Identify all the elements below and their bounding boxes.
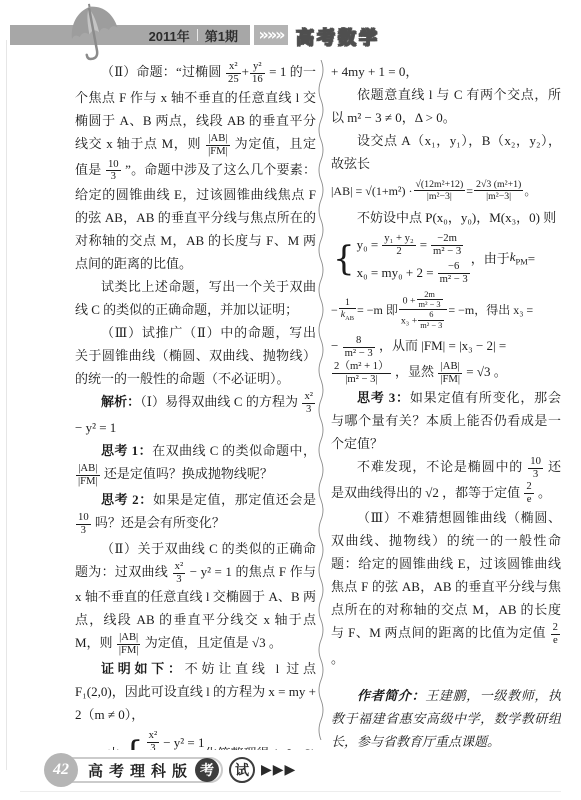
fraction: y²16 bbox=[249, 61, 266, 86]
numerator: |AB| bbox=[117, 632, 141, 645]
denominator: 16 bbox=[250, 74, 265, 86]
fraction: x²3 bbox=[172, 561, 187, 586]
discovery-paragraph: 不难发现，不论是椭圆中的 103 还是双曲线得出的 √2 ，都等于定值 2e 。 bbox=[331, 455, 561, 507]
numerator: 2 bbox=[524, 481, 533, 494]
triple-play-arrow-icon: ▶▶▶ bbox=[261, 762, 296, 778]
fraction: 6m² − 3 bbox=[417, 310, 445, 330]
numerator: 2m bbox=[417, 290, 443, 300]
fraction: √(12m²+12)|m²−3| bbox=[413, 179, 467, 202]
proof-start-paragraph: 证明如下：不妨让直线 l 过点 F₁(2,0)，因此可设直线 l 的方程为 x … bbox=[75, 657, 316, 726]
fraction: 103 bbox=[527, 456, 544, 481]
text-run: 。 bbox=[535, 485, 551, 500]
equation-system: x²3− y² = 1 x = my + 2 bbox=[146, 730, 205, 750]
text-run: 还是定值吗？换成抛物线呢？ bbox=[101, 466, 273, 481]
denominator: 3 bbox=[147, 743, 160, 750]
denominator: x₃ +6m² − 3 bbox=[399, 310, 447, 330]
fraction: 8m² − 3 bbox=[342, 335, 376, 360]
text-run: + bbox=[242, 64, 249, 79]
system-brace: { bbox=[333, 245, 355, 274]
shi-badge: 试 bbox=[229, 757, 255, 783]
fraction: |AB||FM| bbox=[75, 463, 101, 488]
page-footer: 42 高考理科版 考 试 ▶▶▶ bbox=[44, 753, 296, 787]
numerator: 10 bbox=[106, 159, 121, 172]
fraction: 103 bbox=[105, 159, 122, 184]
denominator: |FM| bbox=[438, 374, 462, 386]
denominator: |FM| bbox=[117, 645, 141, 657]
text-run: 设交点 A（x₁，y₁），B（x₂，y₂），故弦长 bbox=[331, 133, 561, 171]
numerator: y₁ + y₂ bbox=[382, 233, 415, 246]
text-run: （Ⅲ）不难猜想圆锥曲线（椭圆、双曲线、抛物线）的统一的一般性命题：给定的圆锥曲线… bbox=[331, 510, 561, 640]
fm-distance-paragraph: − 8m² − 3 ，从而 |FM| = |x₃ − 2| = bbox=[331, 334, 561, 360]
paragraph-lead: 证明如下： bbox=[101, 661, 185, 676]
journal-logo: 高考数学 bbox=[296, 24, 380, 50]
header-bar: 2011年 第1期 bbox=[10, 25, 250, 45]
chord-length-equation: |AB| = √(1+m²) · √(12m²+12)|m²−3| = 2√3 … bbox=[331, 179, 561, 202]
text-run: x₀ = my₀ + 2 = bbox=[357, 263, 434, 283]
text-run: y₀ = bbox=[357, 235, 379, 255]
thinking-2-paragraph: 思考 2：如果是定值，那定值还会是 103 吗？还是会有所变化？ bbox=[75, 488, 316, 537]
fraction: 2（m² + 1）|m² − 3| bbox=[331, 361, 392, 386]
numerator: x² bbox=[302, 391, 315, 404]
text-run: 为定值，且定值是 √3 。 bbox=[141, 635, 281, 650]
text-run: 化简整理得 (m² − 3)y² bbox=[205, 744, 317, 750]
text-run: ，从而 |FM| = |x₃ − 2| = bbox=[376, 338, 506, 353]
fraction: x²3 bbox=[146, 730, 161, 750]
numerator: x² bbox=[173, 561, 186, 574]
text-run: = √3 。 bbox=[463, 364, 507, 379]
denominator: e bbox=[551, 635, 560, 647]
text-run: 。 bbox=[524, 181, 536, 201]
page-number-badge: 42 bbox=[44, 753, 78, 787]
text-run: 试类比上述命题，写出一个关于双曲线 C 的类似的正确命题，并加以证明； bbox=[75, 279, 316, 317]
numerator: 10 bbox=[76, 512, 91, 525]
fraction: x²3 bbox=[301, 391, 316, 416]
two-intersections-paragraph: 依题意直线 l 与 C 有两个交点，所以 m² − 3 ≠ 0，Δ > 0。 bbox=[331, 83, 561, 129]
numerator: y² bbox=[250, 61, 265, 74]
text-run: 吗？还是会有所变化？ bbox=[92, 515, 225, 530]
denominator: e bbox=[524, 494, 533, 506]
denominator: |m²−3| bbox=[474, 191, 523, 202]
subscript-PM: PM bbox=[516, 257, 528, 267]
text-run: （Ⅱ）命题：“过椭圆 bbox=[101, 64, 225, 79]
denominator: |m²−3| bbox=[414, 191, 466, 202]
numerator: √(12m²+12) bbox=[414, 179, 466, 191]
text-run: 0 + bbox=[403, 295, 416, 306]
denominator: |FM| bbox=[76, 476, 100, 488]
subscript-AB: AB bbox=[345, 315, 354, 322]
system-equation-line: 由 { x²3− y² = 1 x = my + 2 化简整理得 (m² − 3… bbox=[75, 730, 316, 750]
general-proposition-paragraph: （Ⅲ）不难猜想圆锥曲线（椭圆、双曲线、抛物线）的统一的一般性命题：给定的圆锥曲线… bbox=[331, 506, 561, 670]
text-run: （Ⅲ）试推广（Ⅱ）中的命题，写出关于圆锥曲线（椭圆、双曲线、抛物线）的统一的一般… bbox=[75, 325, 316, 386]
denominator: 3 bbox=[106, 171, 121, 183]
paragraph-lead: 解析： bbox=[101, 394, 140, 409]
midpoint-system-equation: { y₀ =y₁ + y₂2=−2mm² − 3 x₀ = my₀ + 2 =−… bbox=[331, 233, 561, 286]
slope-equation: − 1kAB = −m 即 0 +2mm² − 3 x₃ +6m² − 3 = … bbox=[331, 290, 561, 330]
paragraph-lead: 作者简介： bbox=[357, 688, 425, 703]
umbrella-icon bbox=[66, 2, 126, 64]
fraction: |AB||FM| bbox=[116, 632, 142, 657]
denominator: 3 bbox=[173, 574, 186, 586]
intersection-points-paragraph: 设交点 A（x₁，y₁），B（x₂，y₂），故弦长 bbox=[331, 129, 561, 175]
denominator: m² − 3 bbox=[343, 348, 375, 360]
denominator: kAB bbox=[339, 309, 356, 322]
text-run: 在双曲线 C 的类似命题中， bbox=[152, 443, 316, 458]
header-divider bbox=[197, 29, 198, 41]
numerator: 1 bbox=[339, 297, 356, 309]
edition-title: 高考理科版 bbox=[88, 760, 193, 781]
text-run: （Ⅰ）易得双曲线 C 的方程为 bbox=[140, 394, 301, 409]
fraction: y₁ + y₂2 bbox=[381, 233, 416, 258]
text-run: 。 bbox=[331, 651, 344, 666]
system-row: y₀ =y₁ + y₂2=−2mm² − 3 bbox=[357, 233, 471, 258]
system-row: x²3− y² = 1 bbox=[146, 730, 205, 750]
paragraph-lead: 思考 1： bbox=[101, 443, 152, 458]
numerator: 2√3 (m²+1) bbox=[474, 179, 523, 191]
ratio-result-paragraph: 2（m² + 1）|m² − 3| ，显然 |AB||FM| = √3 。 bbox=[331, 360, 561, 386]
triple-chevron-right-icon: »»» bbox=[254, 25, 288, 45]
denominator: |FM| bbox=[206, 146, 230, 158]
numerator: 6 bbox=[418, 310, 444, 320]
proposition-2-paragraph: （Ⅱ）命题：“过椭圆 x²25+y²16 = 1 的一个焦点 F 作与 x 轴不… bbox=[75, 60, 316, 275]
numerator: x² bbox=[147, 730, 160, 743]
text-run: 依题意直线 l 与 C 有两个交点，所以 m² − 3 ≠ 0，Δ > 0。 bbox=[331, 87, 561, 125]
numerator: |AB| bbox=[438, 361, 462, 374]
numerator: |AB| bbox=[76, 463, 100, 476]
fraction: 2mm² − 3 bbox=[416, 290, 444, 310]
fraction: x²25 bbox=[225, 61, 242, 86]
text-run: ，显然 bbox=[392, 364, 438, 379]
paragraph-lead: 思考 2： bbox=[101, 492, 153, 507]
numerator: −6 bbox=[438, 261, 470, 274]
text-run: − y² = 1 bbox=[75, 420, 116, 435]
text-run: − y² = 1 bbox=[163, 733, 204, 750]
text-run: = bbox=[466, 181, 473, 201]
numerator: x² bbox=[226, 61, 241, 74]
text-run: = −m 即 bbox=[357, 300, 398, 320]
numerator: 0 +2mm² − 3 bbox=[399, 290, 447, 311]
text-run: 不难发现，不论是椭圆中的 bbox=[357, 459, 527, 474]
denominator: m² − 3 bbox=[417, 300, 443, 309]
denominator: 3 bbox=[76, 525, 91, 537]
scan-edge-left bbox=[6, 40, 7, 770]
denominator: 25 bbox=[226, 74, 241, 86]
fraction: 2e bbox=[550, 622, 561, 647]
text-run: + 4my + 1 = 0， bbox=[331, 64, 418, 79]
generalize-task-paragraph: （Ⅲ）试推广（Ⅱ）中的命题，写出关于圆锥曲线（椭圆、双曲线、抛物线）的统一的一般… bbox=[75, 321, 316, 390]
fraction: −2mm² − 3 bbox=[430, 233, 464, 258]
text-run: 如果是定值，那定值还会是 bbox=[153, 492, 316, 507]
equation-system: y₀ =y₁ + y₂2=−2mm² − 3 x₀ = my₀ + 2 =−6m… bbox=[357, 233, 471, 286]
fraction: 2√3 (m²+1)|m²−3| bbox=[473, 179, 524, 202]
thinking-3-paragraph: 思考 3：如果定值有所变化，那会与哪个量有关？本质上能否仍看成是一个定值？ bbox=[331, 386, 561, 455]
denominator: 3 bbox=[528, 469, 543, 481]
right-column: + 4my + 1 = 0， 依题意直线 l 与 C 有两个交点，所以 m² −… bbox=[331, 60, 561, 750]
fraction: 1kAB bbox=[338, 297, 357, 322]
text-run: = −m，得出 x₃ = bbox=[448, 300, 533, 320]
denominator: 2 bbox=[382, 246, 415, 258]
denominator: m² − 3 bbox=[431, 246, 463, 258]
text-run: x₃ + bbox=[401, 316, 417, 327]
scan-edge-bottom bbox=[20, 791, 561, 792]
denominator: m² − 3 bbox=[438, 274, 470, 286]
numerator: 10 bbox=[528, 456, 543, 469]
paragraph-lead: 思考 3： bbox=[357, 390, 410, 405]
page-number: 42 bbox=[53, 761, 69, 779]
numerator: 2（m² + 1） bbox=[332, 361, 391, 374]
text-run: = bbox=[420, 235, 427, 255]
denominator: 3 bbox=[302, 404, 315, 416]
fraction: 2e bbox=[523, 481, 534, 506]
equation-continuation-paragraph: + 4my + 1 = 0， bbox=[331, 60, 561, 83]
magazine-page: 2011年 第1期 »»» 高考数学 （Ⅱ）命题：“过椭圆 x²25+y²16 … bbox=[0, 0, 581, 800]
text-run: − bbox=[331, 300, 338, 320]
footer-pill: 高考理科版 考 bbox=[56, 757, 223, 783]
author-bio-paragraph: 作者简介：王建鹏，一级教师，执教于福建省惠安高级中学，数学教研组长，参与省教育厅… bbox=[331, 684, 561, 750]
midpoint-setup-paragraph: 不妨设中点 P(x₀，y₀)，M(x₃，0) 则 bbox=[331, 206, 561, 229]
text-run: − bbox=[331, 338, 342, 353]
fraction: 103 bbox=[75, 512, 92, 537]
column-divider bbox=[317, 60, 325, 740]
hyperbola-proposition-paragraph: （Ⅱ）关于双曲线 C 的类似的正确命题为：过双曲线 x²3 − y² = 1 的… bbox=[75, 537, 316, 658]
fraction: −6m² − 3 bbox=[437, 261, 471, 286]
system-brace: { bbox=[122, 740, 144, 750]
text-run: = bbox=[528, 249, 535, 269]
system-row: x₀ = my₀ + 2 =−6m² − 3 bbox=[357, 261, 471, 286]
slope-symbol: kPM bbox=[510, 247, 528, 272]
numerator: 2 bbox=[551, 622, 560, 635]
numerator: 8 bbox=[343, 335, 375, 348]
numerator: −2m bbox=[431, 233, 463, 246]
header-issue: 第1期 bbox=[205, 26, 238, 45]
nested-fraction: 0 +2mm² − 3 x₃ +6m² − 3 bbox=[398, 290, 448, 330]
text-run: ，由于 bbox=[471, 249, 510, 269]
fraction: |AB||FM| bbox=[437, 361, 463, 386]
analogy-task-paragraph: 试类比上述命题，写出一个关于双曲线 C 的类似的正确命题，并加以证明； bbox=[75, 275, 316, 321]
numerator: |AB| bbox=[206, 133, 230, 146]
left-column: （Ⅱ）命题：“过椭圆 x²25+y²16 = 1 的一个焦点 F 作与 x 轴不… bbox=[75, 60, 316, 750]
denominator: m² − 3 bbox=[418, 321, 444, 330]
fraction: |AB||FM| bbox=[205, 133, 231, 158]
text-run: 由 bbox=[107, 744, 120, 750]
text-run: |AB| = √(1+m²) · bbox=[331, 181, 413, 201]
kao-badge: 考 bbox=[195, 758, 219, 782]
header-year: 2011年 bbox=[149, 26, 190, 45]
text-run: 不妨设中点 P(x₀，y₀)，M(x₃，0) 则 bbox=[357, 210, 556, 225]
denominator: |m² − 3| bbox=[332, 374, 391, 386]
chevron-glyphs: »»» bbox=[258, 25, 283, 44]
analysis-paragraph: 解析：（Ⅰ）易得双曲线 C 的方程为 x²3 − y² = 1 bbox=[75, 390, 316, 439]
thinking-1-paragraph: 思考 1：在双曲线 C 的类似命题中，|AB||FM| 还是定值吗？换成抛物线呢… bbox=[75, 439, 316, 488]
